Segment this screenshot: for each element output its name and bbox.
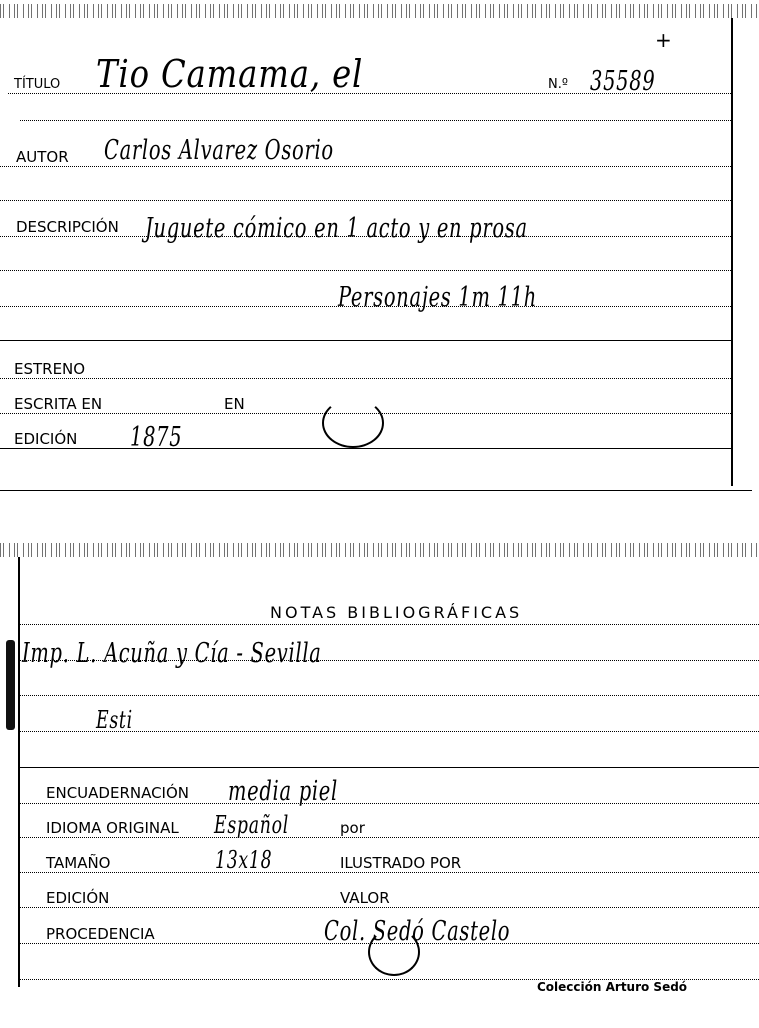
titulo-rule <box>8 93 731 94</box>
por-label: por <box>340 821 365 836</box>
numero-label: N.º <box>548 78 568 91</box>
encuadernacion-label: ENCUADERNACIÓN <box>46 786 189 801</box>
notes-line-2: Esti <box>96 708 133 732</box>
blank-rule-3 <box>0 270 731 271</box>
titulo-value: Tio Camama, el <box>96 55 363 93</box>
punch-hole-mark <box>322 398 384 448</box>
numero-value: 35589 <box>590 68 655 95</box>
edicion-label: EDICIÓN <box>14 432 77 447</box>
scan-smudge <box>6 640 15 730</box>
collection-credit: Colección Arturo Sedó <box>537 980 687 994</box>
scan-edge-noise-top <box>0 4 759 18</box>
en-label: EN <box>224 397 245 412</box>
descripcion-label: DESCRIPCIÓN <box>16 220 119 235</box>
notas-bibliograficas-heading: NOTAS BIBLIOGRÁFICAS <box>270 603 522 622</box>
encuadernacion-rule <box>20 803 759 804</box>
autor-rule <box>0 166 731 167</box>
escrita-en-label: ESCRITA EN <box>14 397 102 412</box>
notes-line-1: Imp. L. Acuña y Cía - Sevilla <box>22 640 322 667</box>
tamano-value: 13x18 <box>215 848 272 872</box>
scan-edge-noise-mid <box>0 543 759 557</box>
valor-label: VALOR <box>340 891 390 906</box>
descripcion-rule <box>0 236 731 237</box>
notes-rule-1 <box>20 624 759 625</box>
punch-hole-mark-back <box>368 928 420 976</box>
estreno-label: ESTRENO <box>14 362 85 377</box>
notes-rule-4 <box>20 731 759 732</box>
notes-rule-5 <box>20 767 759 768</box>
tamano-rule <box>20 872 759 873</box>
notes-rule-2 <box>20 660 759 661</box>
autor-value: Carlos Alvarez Osorio <box>104 137 334 164</box>
procedencia-label: PROCEDENCIA <box>46 927 155 942</box>
idioma-original-label: IDIOMA ORIGINAL <box>46 821 179 836</box>
blank-rule-4 <box>0 306 731 307</box>
idioma-original-value: Español <box>214 813 289 837</box>
notes-rule-3 <box>20 695 759 696</box>
ilustrado-por-label: ILUSTRADO POR <box>340 856 461 871</box>
blank-rule-1 <box>20 120 731 121</box>
card-front-bottom-edge <box>0 490 752 491</box>
blank-rule-2 <box>0 200 731 201</box>
blank-rule-5 <box>0 340 731 341</box>
edicion-back-rule <box>20 907 759 908</box>
estreno-rule <box>0 378 731 379</box>
tamano-label: TAMAÑO <box>46 856 111 871</box>
autor-label: AUTOR <box>16 150 69 165</box>
edicion-back-label: EDICIÓN <box>46 891 109 906</box>
encuadernacion-value: media piel <box>228 778 338 805</box>
edicion-rule <box>0 448 731 449</box>
plus-mark: + <box>655 28 672 52</box>
titulo-label: TÍTULO <box>14 78 60 91</box>
descripcion-value: Juguete cómico en 1 acto y en prosa <box>145 215 528 242</box>
edicion-value: 1875 <box>130 424 182 451</box>
idioma-rule <box>20 837 759 838</box>
